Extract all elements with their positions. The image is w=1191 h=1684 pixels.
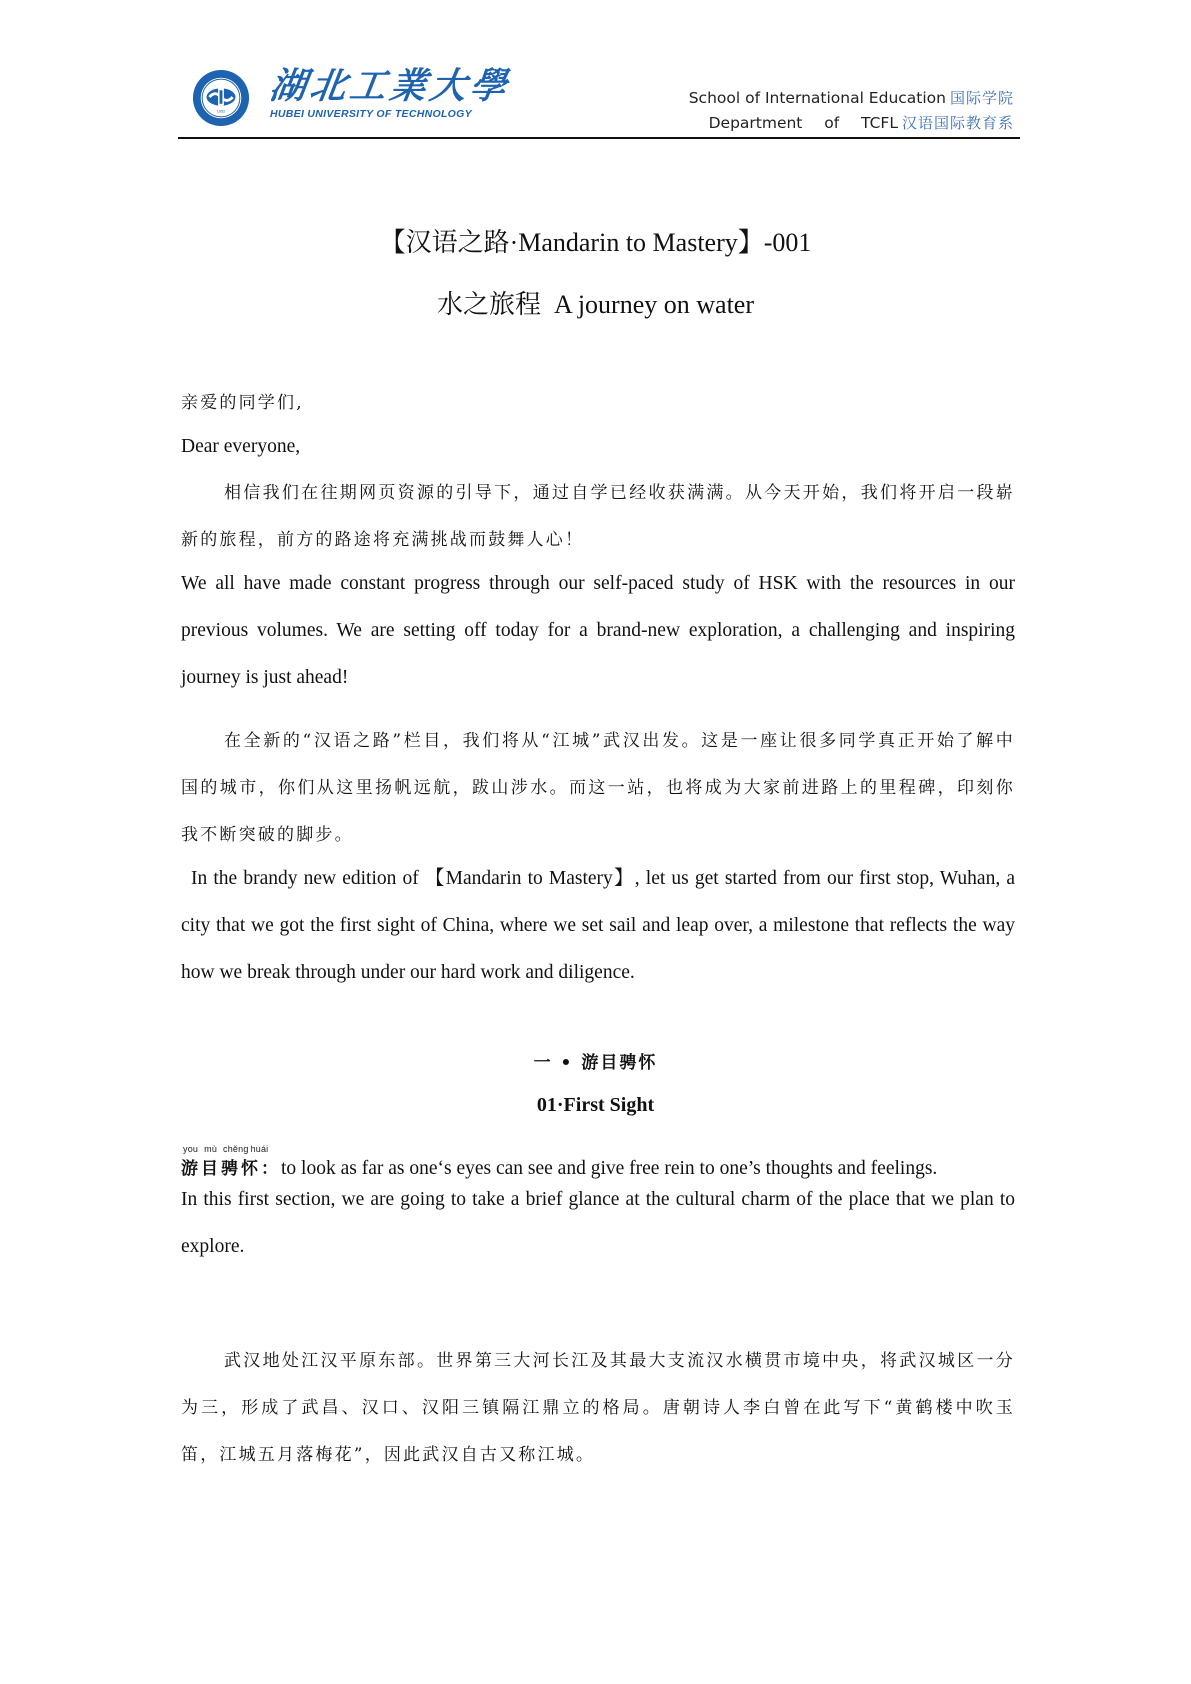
svg-text:1952: 1952 xyxy=(217,110,226,114)
university-logo: 湖北工業大學 HUBEI UNIVERSITY OF TECHNOLOGY xyxy=(270,66,510,120)
wuhan-paragraph-cn: 武汉地处江汉平原东部。世界第三大河长江及其最大支流汉水横贯市境中央，将武汉城区一… xyxy=(181,1338,1015,1479)
paragraph-1-en: We all have made constant progress throu… xyxy=(181,560,1015,701)
pinyin-annotation: youmùchěnghuái xyxy=(183,1144,274,1154)
paragraph-2-cn: 在全新的“汉语之路”栏目，我们将从“江城”武汉出发。这是一座让很多同学真正开始了… xyxy=(181,718,1015,859)
school-name-en: School of International Education xyxy=(689,89,946,107)
greeting-en: Dear everyone, xyxy=(181,423,1015,470)
page-header: 1952 湖北工業大學 HUBEI UNIVERSITY OF TECHNOLO… xyxy=(178,60,1020,140)
greeting-block: 亲爱的同学们, Dear everyone, xyxy=(181,380,1015,470)
header-divider xyxy=(178,137,1020,139)
department-name-cn: 汉语国际教育系 xyxy=(902,114,1014,132)
section-intro-en: In this first section, we are going to t… xyxy=(181,1176,1015,1270)
department-name-en: Department of TCFL xyxy=(709,114,898,132)
pinyin-syllable: you xyxy=(183,1144,198,1154)
wuhan-paragraph: 武汉地处江汉平原东部。世界第三大河长江及其最大支流汉水横贯市境中央，将武汉城区一… xyxy=(181,1338,1015,1479)
school-line: School of International Education国际学院 xyxy=(689,86,1014,111)
pinyin-syllable: huái xyxy=(251,1144,269,1154)
intro-paragraph-1: 相信我们在往期网页资源的引导下，通过自学已经收获满满。从今天开始，我们将开启一段… xyxy=(181,470,1015,701)
greeting-cn: 亲爱的同学们, xyxy=(181,380,1015,427)
series-title: 【汉语之路·Mandarin to Mastery】-001 xyxy=(0,222,1191,259)
school-name-cn: 国际学院 xyxy=(950,89,1014,107)
section-intro: In this first section, we are going to t… xyxy=(181,1176,1015,1270)
intro-paragraph-2: 在全新的“汉语之路”栏目，我们将从“江城”武汉出发。这是一座让很多同学真正开始了… xyxy=(181,718,1015,996)
section-heading-en: 01·First Sight xyxy=(0,1094,1191,1117)
paragraph-2-en: In the brandy new edition of 【Mandarin t… xyxy=(181,855,1015,996)
episode-subtitle: 水之旅程 A journey on water xyxy=(0,284,1191,321)
pinyin-syllable: chěng xyxy=(223,1144,249,1154)
university-name-en: HUBEI UNIVERSITY OF TECHNOLOGY xyxy=(270,108,510,120)
section-heading-cn: 一 • 游目骋怀 xyxy=(0,1048,1191,1073)
paragraph-1-cn: 相信我们在往期网页资源的引导下，通过自学已经收获满满。从今天开始，我们将开启一段… xyxy=(181,470,1015,564)
department-info: School of International Education国际学院 De… xyxy=(689,86,1014,136)
pinyin-syllable: mù xyxy=(204,1144,217,1154)
university-emblem-icon: 1952 xyxy=(192,69,250,127)
university-name-cn: 湖北工業大學 xyxy=(267,66,513,106)
department-line: Department of TCFL汉语国际教育系 xyxy=(689,111,1014,136)
